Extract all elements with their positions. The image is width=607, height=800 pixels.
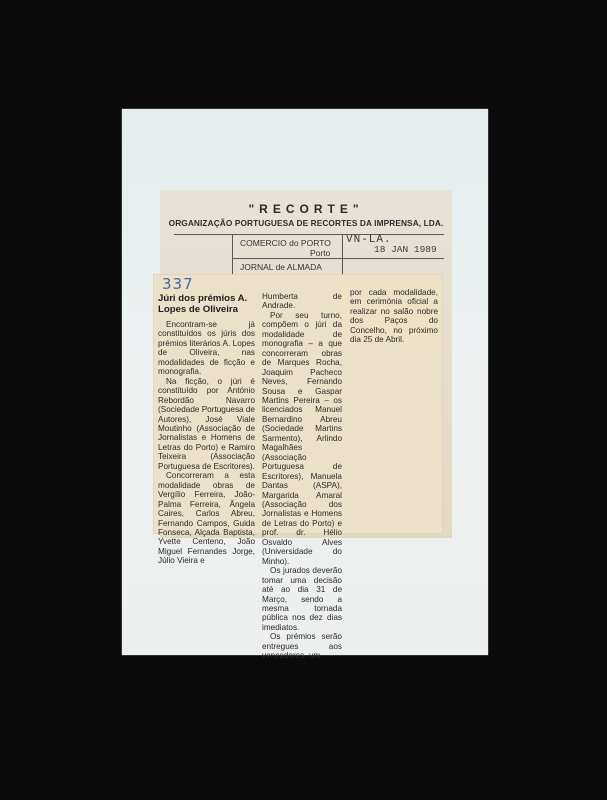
article-headline: Júri dos prémios A. Lopes de Oliveira bbox=[158, 293, 256, 315]
stamp-date: 18 JAN 1989 bbox=[374, 244, 437, 255]
article-column-2: Humberta de Andrade.Por seu turno, compõ… bbox=[262, 292, 342, 661]
article-paragraph: Na ficção, o júri é constituído por Antó… bbox=[158, 377, 255, 472]
handwritten-number: 337 bbox=[162, 275, 194, 293]
article-column-1: Encontram-se já constituídos os júris do… bbox=[158, 320, 255, 566]
publication-name: JORNAL de ALMADA bbox=[240, 262, 322, 272]
article-column-3: por cada modalidade, em cerimónia oficia… bbox=[350, 288, 438, 345]
divider bbox=[174, 234, 444, 235]
organization-name: ORGANIZAÇÃO PORTUGUESA DE RECORTES DA IM… bbox=[160, 218, 452, 228]
article-paragraph: por cada modalidade, em cerimónia oficia… bbox=[350, 288, 438, 345]
article-paragraph: Por seu turno, compõem o júri da modalid… bbox=[262, 311, 342, 566]
article-paragraph: Concorreram a esta modalidade obras de V… bbox=[158, 471, 255, 566]
brand-title: "RECORTE" bbox=[160, 202, 452, 216]
publication-city: Porto bbox=[310, 248, 330, 258]
article-paragraph: Encontram-se já constituídos os júris do… bbox=[158, 320, 255, 377]
newspaper-clipping: 337 Júri dos prémios A. Lopes de Oliveir… bbox=[154, 275, 442, 533]
publication-name: COMERCIO do PORTO bbox=[240, 238, 331, 248]
divider bbox=[232, 258, 444, 259]
article-paragraph: Os prémios serão entregues aos vencedore… bbox=[262, 632, 342, 660]
article-paragraph: Os jurados deverão tomar uma decisão até… bbox=[262, 566, 342, 632]
article-paragraph: Humberta de Andrade. bbox=[262, 292, 342, 311]
